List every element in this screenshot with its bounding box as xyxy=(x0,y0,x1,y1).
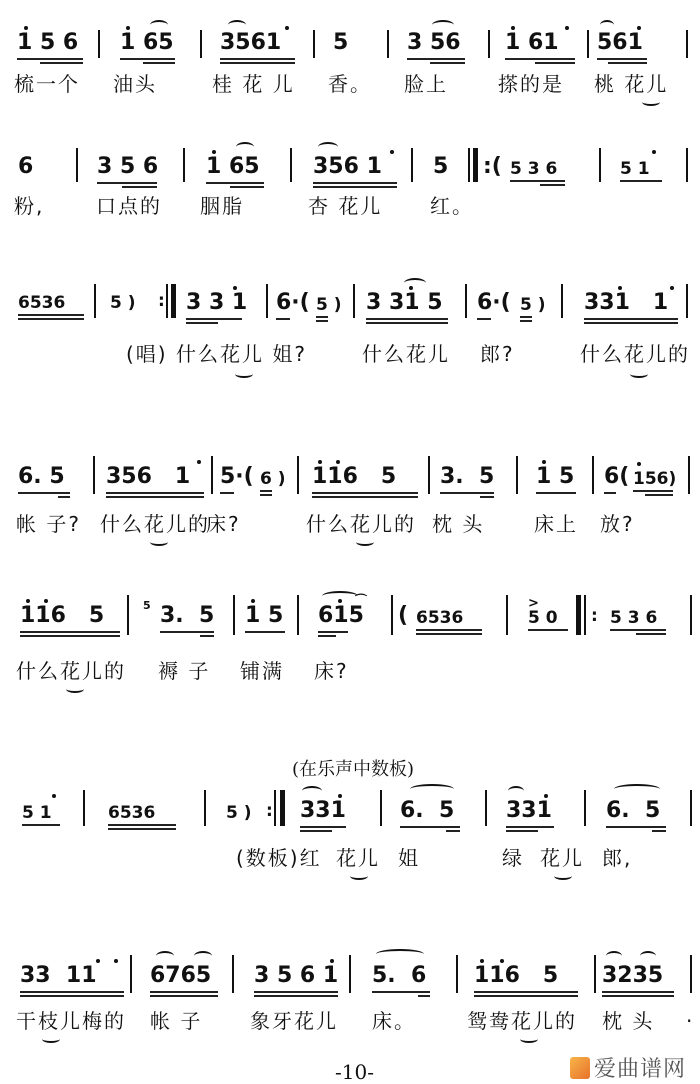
measure-6-notes: 331 xyxy=(506,798,552,824)
barline xyxy=(93,456,95,494)
measure-6-notes: 5 ) xyxy=(520,292,546,318)
barline xyxy=(166,284,168,318)
high-octave-dot xyxy=(330,959,334,963)
music-note-icon xyxy=(570,1057,590,1079)
underline xyxy=(18,492,70,494)
underline xyxy=(230,186,264,188)
lyric: 口点的 xyxy=(96,194,162,218)
barline xyxy=(183,148,185,182)
lyric: 梳一个 xyxy=(14,72,80,96)
lyric: 床? xyxy=(314,659,349,683)
underline xyxy=(22,824,60,826)
underline xyxy=(477,318,491,320)
underline xyxy=(120,58,175,60)
high-octave-dot xyxy=(336,460,340,464)
lyric-slur xyxy=(66,685,84,693)
measure-3-notes: 1 65 xyxy=(206,154,260,180)
measure-7-notes: 6. 5 xyxy=(606,798,660,824)
measure-6-notes: 5 3 6 xyxy=(510,156,557,182)
lyric: 什么花儿的 xyxy=(100,512,210,536)
underline xyxy=(276,318,290,320)
lyric-slur xyxy=(42,1035,60,1043)
barline xyxy=(690,955,692,993)
measure-6-notes: 5 0 xyxy=(528,605,558,631)
barline xyxy=(274,790,276,826)
high-octave-dot xyxy=(637,462,641,466)
measure-3-notes: 6 ) xyxy=(260,466,286,492)
high-octave-dot xyxy=(652,150,656,154)
underline xyxy=(254,995,338,997)
measure-1-notes: 5 1 xyxy=(22,800,52,826)
slur xyxy=(606,951,622,961)
barline xyxy=(688,456,690,494)
lyric-slur xyxy=(150,538,168,546)
high-octave-dot xyxy=(24,26,28,30)
lyric: 绿 xyxy=(502,846,524,870)
barline xyxy=(594,955,596,993)
underline xyxy=(143,62,175,64)
measure-2-notes: 1 65 xyxy=(120,30,174,56)
underline xyxy=(636,633,666,635)
high-octave-dot xyxy=(480,959,484,963)
underline xyxy=(528,629,568,631)
barline xyxy=(411,148,413,182)
lyric: 郎? xyxy=(480,342,515,366)
lyric: 褥 子 xyxy=(158,659,210,683)
underline xyxy=(316,320,328,322)
slur xyxy=(302,786,322,796)
lyric-slur xyxy=(350,872,368,880)
measure-1-notes: 6 xyxy=(18,154,33,180)
lyric: 床上 xyxy=(534,512,578,536)
barline xyxy=(488,30,490,58)
underline xyxy=(58,496,70,498)
measure-1-notes: 33 11 xyxy=(20,963,97,989)
lyric: 花儿 xyxy=(336,846,380,870)
performance-annotation: (在乐声中数板) xyxy=(292,755,414,781)
lyric: (唱) 什么花儿 姐? xyxy=(126,342,307,366)
barline xyxy=(686,30,688,58)
high-octave-dot xyxy=(212,150,216,154)
high-octave-dot xyxy=(318,460,322,464)
high-octave-dot xyxy=(542,460,546,464)
barline xyxy=(349,955,351,993)
slur xyxy=(640,951,656,961)
high-octave-dot xyxy=(26,599,30,603)
underline xyxy=(220,492,234,494)
lyric-slur xyxy=(235,370,253,378)
underline xyxy=(17,58,83,60)
underline xyxy=(597,58,647,60)
measure-2-notes: 6765 xyxy=(150,963,211,989)
underline xyxy=(206,182,264,184)
barline xyxy=(506,595,508,635)
underline xyxy=(18,314,84,316)
underline xyxy=(150,995,218,997)
high-octave-dot xyxy=(338,794,342,798)
barline xyxy=(465,284,467,318)
measure-1-notes: 1 5 6 xyxy=(17,30,78,56)
underline xyxy=(260,494,272,496)
measure-4-notes: 356 1 xyxy=(313,154,382,180)
measure-5-notes: 3 56 xyxy=(407,30,461,56)
measure-7-notes: 5 3 6 xyxy=(610,605,657,631)
repeat-end-barline xyxy=(171,284,176,318)
underline xyxy=(510,180,565,182)
underline xyxy=(40,62,83,64)
lyric: 床? xyxy=(206,512,241,536)
high-octave-dot xyxy=(126,26,130,30)
lyric-slur xyxy=(642,98,660,106)
lyric: 脸上 xyxy=(404,72,448,96)
underline xyxy=(20,635,120,637)
measure-2-notes: 356 1 xyxy=(106,464,190,490)
barline xyxy=(127,595,129,635)
measure-3-notes: 3561 xyxy=(220,30,281,56)
repeat-start-barline xyxy=(576,595,581,635)
measure-7-notes: 331 1 xyxy=(584,290,668,316)
underline xyxy=(480,496,494,498)
underline xyxy=(602,991,674,993)
barline xyxy=(353,284,355,318)
measure-4-notes: 331 xyxy=(300,798,346,824)
barline xyxy=(485,790,487,826)
underline xyxy=(108,824,176,826)
repeat-start-barline xyxy=(473,148,478,182)
slur xyxy=(156,951,174,961)
high-octave-dot xyxy=(544,794,548,798)
measure-6-notes: 1 5 xyxy=(536,464,574,490)
underline xyxy=(506,830,538,832)
underline xyxy=(430,62,465,64)
measure-5-notes: ( xyxy=(398,603,408,629)
underline xyxy=(106,496,204,498)
measure-3-notes: 5 ) xyxy=(226,800,252,826)
lyric: 香。 xyxy=(328,72,372,96)
measure-3-notes: 3 5 6 1 xyxy=(254,963,338,989)
high-octave-dot xyxy=(44,599,48,603)
measure-6-notes: 6·( xyxy=(477,290,511,316)
underline xyxy=(416,633,482,635)
repeat-dots: : xyxy=(266,798,273,824)
barline xyxy=(297,456,299,494)
underline xyxy=(318,635,336,637)
measure-3-notes: 3 3 1 xyxy=(186,290,247,316)
underline xyxy=(97,182,157,184)
underline xyxy=(604,492,616,494)
lyric: 红。 xyxy=(430,194,474,218)
lyric: 鸳鸯花儿的 xyxy=(467,1009,577,1033)
lyric: 桃 花儿 xyxy=(594,72,668,96)
high-octave-dot xyxy=(285,26,289,30)
lyric: (数板)红 xyxy=(236,846,322,870)
measure-1-notes: 6. 5 xyxy=(18,464,65,490)
underline xyxy=(245,631,285,633)
slur xyxy=(322,591,358,601)
lyric-slur xyxy=(520,1035,538,1043)
underline xyxy=(366,318,448,320)
high-octave-dot xyxy=(500,959,504,963)
measure-7-notes: 5 1 xyxy=(620,156,650,182)
slur xyxy=(600,20,614,30)
measure-4-notes: 5. 6 xyxy=(372,963,426,989)
measure-2-notes: 6536 xyxy=(108,800,155,826)
underline xyxy=(200,635,214,637)
underline xyxy=(474,995,578,997)
underline xyxy=(313,182,397,184)
measure-3-notes: 5·( xyxy=(220,464,254,490)
high-octave-dot xyxy=(637,26,641,30)
lyric: 铺满 xyxy=(240,659,284,683)
underline xyxy=(520,320,532,322)
underline xyxy=(313,186,397,188)
underline xyxy=(312,492,418,494)
barline xyxy=(561,284,563,318)
lyric: 粉, xyxy=(14,194,44,218)
underline xyxy=(300,830,332,832)
lyric: 花儿 xyxy=(540,846,584,870)
lyric-slur xyxy=(356,538,374,546)
high-octave-dot xyxy=(618,286,622,290)
underline xyxy=(150,991,218,993)
lyric-slur xyxy=(630,370,648,378)
high-octave-dot xyxy=(390,150,394,154)
underline xyxy=(416,629,482,631)
barline xyxy=(130,955,132,993)
barline xyxy=(584,595,586,635)
page-number: -10- xyxy=(335,1060,374,1084)
high-octave-dot xyxy=(251,599,255,603)
fermata-icon: ⌒ xyxy=(355,587,367,613)
barline xyxy=(204,790,206,826)
barline xyxy=(387,30,389,58)
underline xyxy=(20,995,124,997)
high-octave-dot xyxy=(233,286,237,290)
underline xyxy=(440,492,494,494)
underline xyxy=(584,318,678,320)
underline xyxy=(220,58,295,60)
underline xyxy=(122,186,157,188)
measure-7-notes: 561 xyxy=(597,30,643,56)
measure-1-notes: 116 5 xyxy=(20,603,104,629)
underline xyxy=(160,631,214,633)
lyric: 桂 花 儿 xyxy=(212,72,295,96)
underline xyxy=(318,631,348,633)
measure-6-notes: 1 61 xyxy=(505,30,559,56)
barline xyxy=(76,148,78,182)
measure-1-notes: 6536 xyxy=(18,290,65,316)
measure-4-notes: 6·( xyxy=(276,290,310,316)
slur xyxy=(508,786,524,796)
slur xyxy=(236,142,254,152)
lyric: 什么花儿的 xyxy=(306,512,416,536)
lyric: 什么花儿的 xyxy=(580,342,690,366)
barline xyxy=(428,456,430,494)
repeat-dots: : xyxy=(591,603,598,629)
barline xyxy=(516,456,518,494)
measure-4-notes: 5 ) xyxy=(316,292,342,318)
underline xyxy=(535,62,575,64)
underline xyxy=(254,991,338,993)
barline xyxy=(686,284,688,318)
barline xyxy=(468,148,470,182)
underline xyxy=(652,830,666,832)
measure-2-notes: 3. 5 xyxy=(160,603,214,629)
barline xyxy=(380,790,382,826)
underline xyxy=(602,995,674,997)
high-octave-dot xyxy=(52,794,56,798)
underline xyxy=(446,830,460,832)
measure-5-notes: 3. 5 xyxy=(440,464,494,490)
high-octave-dot xyxy=(197,460,201,464)
underline xyxy=(108,828,176,830)
underline xyxy=(186,322,218,324)
underline xyxy=(372,991,430,993)
barline xyxy=(686,148,688,182)
barline xyxy=(313,30,315,58)
high-octave-dot xyxy=(96,959,100,963)
underline xyxy=(620,180,662,182)
underline xyxy=(584,322,678,324)
lyric: 什么花儿 xyxy=(362,342,450,366)
measure-2-notes: 5 ) xyxy=(110,290,136,316)
site-logo[interactable]: 爱曲谱网 xyxy=(570,1052,686,1083)
lyric: 帐 子 xyxy=(150,1009,202,1033)
high-octave-dot xyxy=(670,286,674,290)
lyric: 杏 花儿 xyxy=(308,194,382,218)
site-name: 爱曲谱网 xyxy=(594,1052,686,1083)
underline xyxy=(505,58,575,60)
measure-5-notes: 3 31 5 xyxy=(366,290,443,316)
barline xyxy=(599,148,601,182)
grace-note: 5 xyxy=(143,593,151,619)
underline xyxy=(220,62,295,64)
high-octave-dot xyxy=(114,959,118,963)
repeat-end-barline xyxy=(280,790,285,826)
slur xyxy=(150,20,168,30)
high-octave-dot xyxy=(511,26,515,30)
underline xyxy=(418,995,430,997)
barline xyxy=(94,284,96,318)
barline xyxy=(584,790,586,826)
barline xyxy=(266,284,268,318)
underline xyxy=(608,62,647,64)
underline xyxy=(606,826,666,828)
barline xyxy=(290,148,292,182)
barline xyxy=(456,955,458,993)
lyric: 搽的是 xyxy=(498,72,564,96)
measure-5-notes: 116 5 xyxy=(474,963,558,989)
lyric: 姐 xyxy=(398,846,420,870)
barline xyxy=(690,790,692,826)
measure-4-notes: 116 5 xyxy=(312,464,396,490)
lyric-slur xyxy=(554,872,572,880)
barline xyxy=(200,30,202,58)
barline xyxy=(233,595,235,635)
slur xyxy=(318,142,338,152)
measure-2-notes: 3 5 6 xyxy=(97,154,158,180)
slur xyxy=(376,949,424,959)
underline xyxy=(633,490,673,492)
underline xyxy=(20,991,124,993)
underline xyxy=(645,494,673,496)
underline xyxy=(316,316,328,318)
barline xyxy=(211,456,213,494)
barline xyxy=(297,595,299,635)
slur xyxy=(194,951,212,961)
lyric: 什么花儿的 xyxy=(16,659,126,683)
lyric: 胭脂 xyxy=(200,194,244,218)
lyric: · xyxy=(686,1009,694,1033)
slur xyxy=(410,784,454,794)
measure-5-notes: 6536 xyxy=(416,605,463,631)
measure-6-notes: :( xyxy=(483,154,502,180)
lyric: 枕 头 xyxy=(432,512,484,536)
slur xyxy=(614,784,660,794)
lyric: 床。 xyxy=(372,1009,416,1033)
underline xyxy=(610,629,666,631)
barline xyxy=(587,30,589,58)
measure-7-notes: 156) xyxy=(633,466,676,492)
barline xyxy=(592,456,594,494)
measure-3-notes: 1 5 xyxy=(245,603,283,629)
underline xyxy=(300,826,346,828)
lyric: 帐 子? xyxy=(16,512,81,536)
measure-7-notes: 6( xyxy=(604,464,629,490)
repeat-dots: : xyxy=(158,288,165,314)
slur xyxy=(228,20,246,30)
underline xyxy=(366,322,448,324)
measure-5-notes: 5 xyxy=(433,154,448,180)
underline xyxy=(474,991,578,993)
lyric: 油头 xyxy=(113,72,157,96)
underline xyxy=(520,316,532,318)
underline xyxy=(186,318,242,320)
barline xyxy=(690,595,692,635)
underline xyxy=(540,184,565,186)
slur xyxy=(404,278,426,288)
barline xyxy=(98,30,100,58)
underline xyxy=(536,492,576,494)
measure-4-notes: 5 xyxy=(333,30,348,56)
underline xyxy=(312,496,418,498)
slur xyxy=(432,20,454,30)
measure-6-notes: 3235 xyxy=(602,963,663,989)
underline xyxy=(260,490,272,492)
measure-5-notes: 6. 5 xyxy=(400,798,454,824)
barline xyxy=(391,595,393,635)
lyric: 象牙花儿 xyxy=(250,1009,338,1033)
underline xyxy=(506,826,554,828)
lyric: 干枝儿梅的 xyxy=(16,1009,126,1033)
lyric: 郎, xyxy=(602,846,632,870)
underline xyxy=(400,826,460,828)
underline xyxy=(407,58,465,60)
barline xyxy=(83,790,85,826)
underline xyxy=(20,631,120,633)
high-octave-dot xyxy=(565,26,569,30)
lyric: 枕 头 xyxy=(602,1009,654,1033)
barline xyxy=(232,955,234,993)
underline xyxy=(18,318,84,320)
lyric: 放? xyxy=(600,512,635,536)
underline xyxy=(106,492,204,494)
